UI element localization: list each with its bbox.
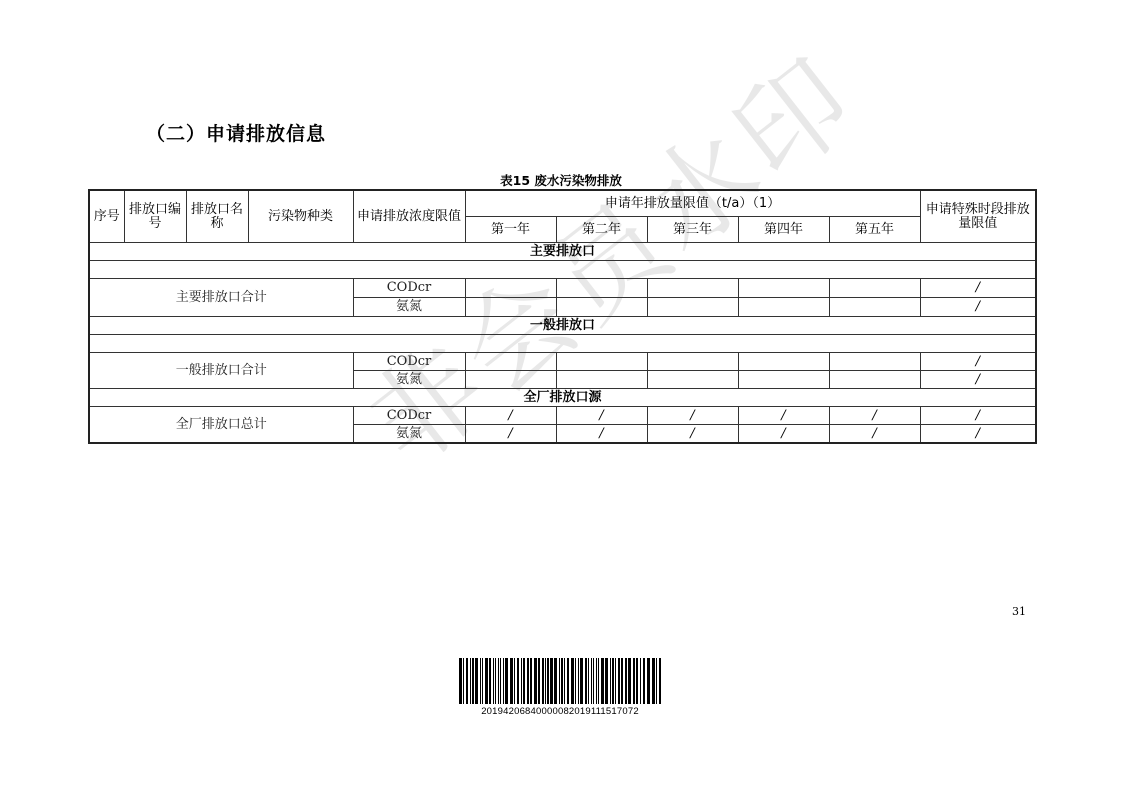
year-value-cell: [829, 279, 920, 298]
year-value-cell: /: [465, 407, 556, 425]
special-value-cell: /: [920, 371, 1036, 389]
pollutant-cell: 氨氮: [353, 298, 465, 317]
section-header-row: 全厂排放口源: [89, 389, 1036, 407]
header-outlet-code: 排放口编号: [124, 190, 186, 243]
year-value-cell: [556, 371, 647, 389]
section-title-general-outlets: 一般排放口: [89, 317, 1036, 335]
header-special-period: 申请特殊时段排放量限值: [920, 190, 1036, 243]
year-value-cell: [829, 298, 920, 317]
total-label: 一般排放口合计: [89, 353, 353, 389]
header-row-1: 序号 排放口编号 排放口名称 污染物种类 申请排放浓度限值 申请年排放量限值（t…: [89, 190, 1036, 217]
year-value-cell: /: [829, 425, 920, 444]
section-title-main-outlets: 主要排放口: [89, 243, 1036, 261]
year-value-cell: [738, 371, 829, 389]
header-year-1: 第一年: [465, 217, 556, 243]
year-value-cell: [556, 353, 647, 371]
year-value-cell: /: [465, 425, 556, 444]
year-value-cell: /: [556, 425, 647, 444]
blank-row: [89, 335, 1036, 353]
special-value-cell: /: [920, 279, 1036, 298]
header-outlet-name: 排放口名称: [186, 190, 248, 243]
year-value-cell: [556, 298, 647, 317]
table-caption-text: 表15 废水污染物排放: [500, 173, 622, 188]
year-value-cell: [465, 298, 556, 317]
page-number: 31: [1012, 605, 1026, 618]
year-value-cell: [829, 353, 920, 371]
year-value-cell: /: [738, 425, 829, 444]
year-value-cell: [738, 353, 829, 371]
pollutant-cell: CODcr: [353, 407, 465, 425]
section-header-row: 一般排放口: [89, 317, 1036, 335]
year-value-cell: [647, 371, 738, 389]
year-value-cell: [647, 353, 738, 371]
year-value-cell: [647, 279, 738, 298]
wastewater-pollutant-table: 序号 排放口编号 排放口名称 污染物种类 申请排放浓度限值 申请年排放量限值（t…: [88, 189, 1037, 444]
header-annual-limit: 申请年排放量限值（t/a）（1）: [465, 190, 920, 217]
year-value-cell: [465, 279, 556, 298]
pollutant-cell: CODcr: [353, 279, 465, 298]
pollutant-cell: CODcr: [353, 353, 465, 371]
year-value-cell: [647, 298, 738, 317]
section-header-row: 主要排放口: [89, 243, 1036, 261]
year-value-cell: [465, 371, 556, 389]
year-value-cell: [829, 371, 920, 389]
header-year-4: 第四年: [738, 217, 829, 243]
header-concentration-limit: 申请排放浓度限值: [353, 190, 465, 243]
barcode-number: 20194206840000082019111517072: [440, 706, 680, 717]
header-seq: 序号: [89, 190, 124, 243]
special-value-cell: /: [920, 425, 1036, 444]
header-pollutant: 污染物种类: [248, 190, 353, 243]
table-caption: 表15 废水污染物排放: [0, 171, 1122, 189]
year-value-cell: /: [647, 425, 738, 444]
year-value-cell: [738, 298, 829, 317]
total-label: 主要排放口合计: [89, 279, 353, 317]
year-value-cell: /: [829, 407, 920, 425]
year-value-cell: /: [647, 407, 738, 425]
special-value-cell: /: [920, 407, 1036, 425]
header-year-2: 第二年: [556, 217, 647, 243]
barcode-icon: [459, 658, 661, 704]
year-value-cell: /: [738, 407, 829, 425]
blank-row: [89, 261, 1036, 279]
special-value-cell: /: [920, 353, 1036, 371]
pollutant-cell: 氨氮: [353, 425, 465, 444]
year-value-cell: [556, 279, 647, 298]
section-title: （二）申请排放信息: [146, 119, 326, 146]
total-label: 全厂排放口总计: [89, 407, 353, 444]
section-title-plant-total: 全厂排放口源: [89, 389, 1036, 407]
header-year-5: 第五年: [829, 217, 920, 243]
table-row: 主要排放口合计 CODcr /: [89, 279, 1036, 298]
pollutant-cell: 氨氮: [353, 371, 465, 389]
table-row: 全厂排放口总计 CODcr / / / / / /: [89, 407, 1036, 425]
year-value-cell: /: [556, 407, 647, 425]
special-value-cell: /: [920, 298, 1036, 317]
header-year-3: 第三年: [647, 217, 738, 243]
table-row: 一般排放口合计 CODcr /: [89, 353, 1036, 371]
year-value-cell: [465, 353, 556, 371]
year-value-cell: [738, 279, 829, 298]
